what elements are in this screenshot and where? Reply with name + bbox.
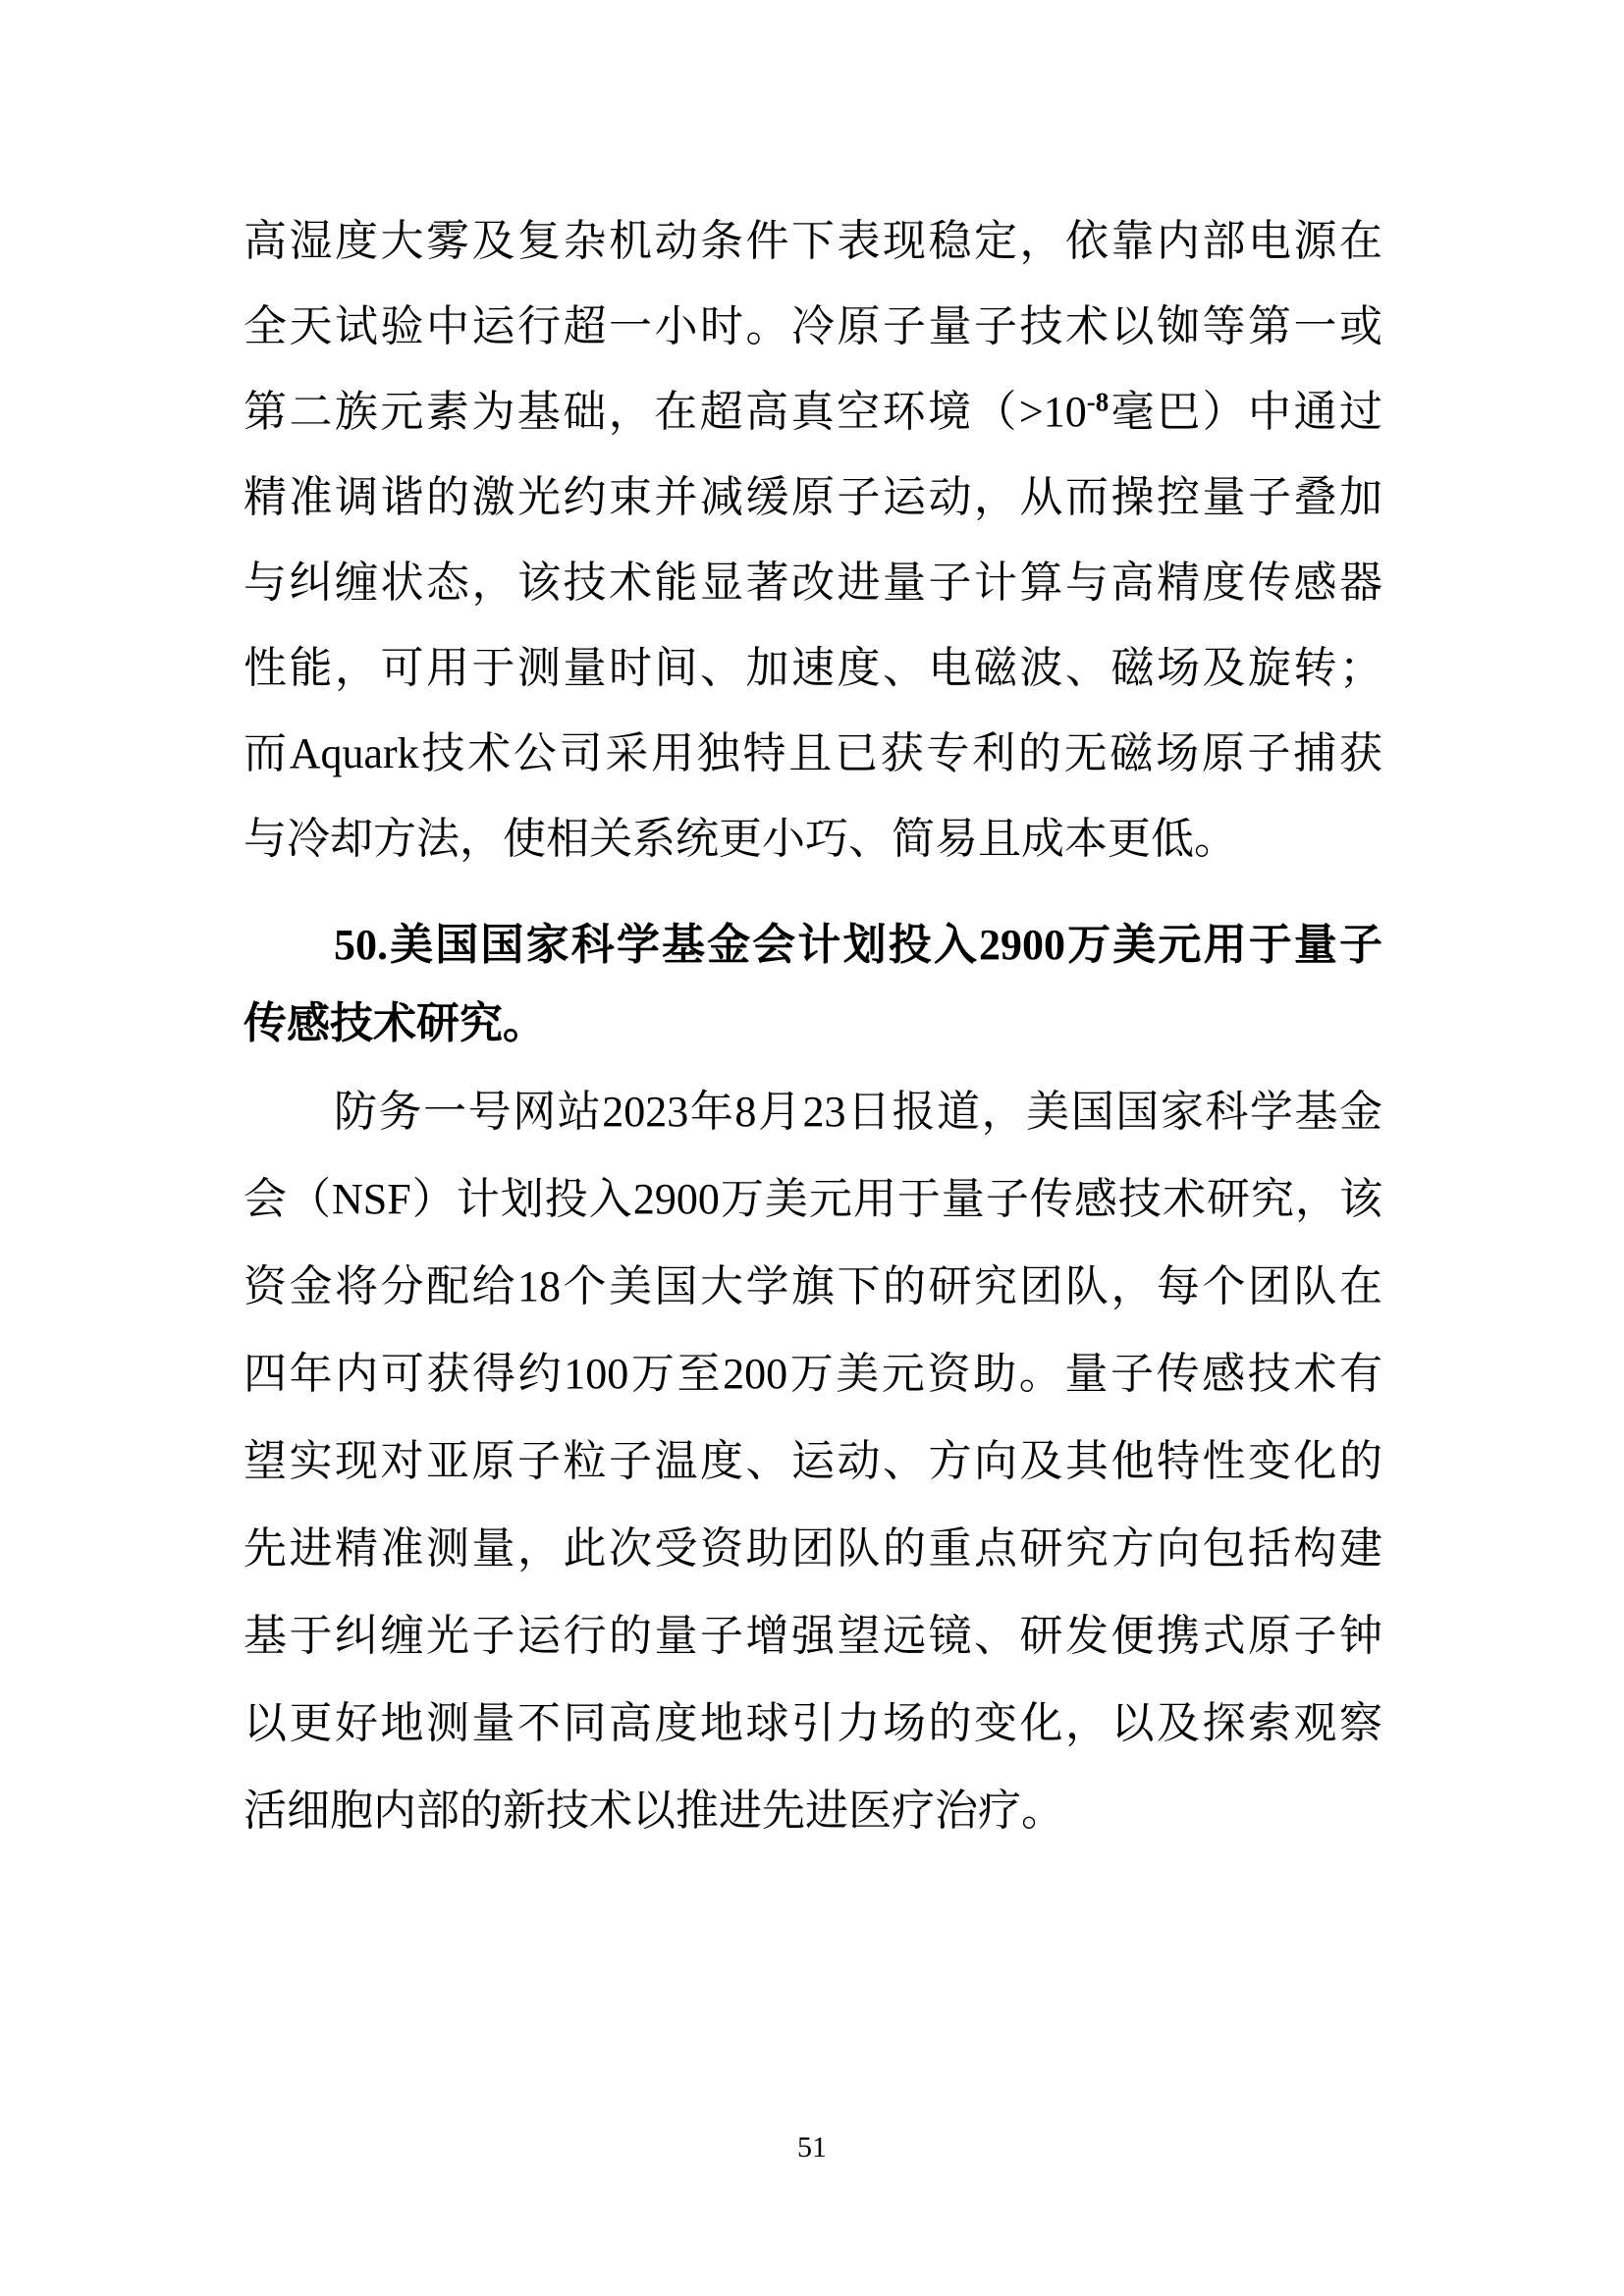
section-heading-50: 50.美国国家科学基金会计划投入2900万美元用于量子 传感技术研究。 bbox=[244, 906, 1382, 1063]
text-line-superscript: 第二族元素为基础，在超高真空环境（>10-8毫巴）中通过 bbox=[244, 369, 1382, 454]
text-line: 会（NSF）计划投入2900万美元用于量子传感技术研究，该 bbox=[244, 1155, 1382, 1243]
heading-line: 50.美国国家科学基金会计划投入2900万美元用于量子 bbox=[244, 906, 1382, 985]
text-line: 四年内可获得约100万至200万美元资助。量子传感技术有 bbox=[244, 1330, 1382, 1417]
paragraph-cold-atom: 高湿度大雾及复杂机动条件下表现稳定，依靠内部电源在 全天试验中运行超一小时。冷原… bbox=[244, 198, 1382, 881]
text-line: 防务一号网站2023年8月23日报道，美国国家科学基金 bbox=[244, 1068, 1382, 1155]
text-line: 资金将分配给18个美国大学旗下的研究团队，每个团队在 bbox=[244, 1243, 1382, 1330]
superscript-exponent: -8 bbox=[1087, 387, 1110, 416]
text-line: 性能，可用于测量时间、加速度、电磁波、磁场及旋转； bbox=[244, 625, 1382, 711]
text-line: 基于纠缠光子运行的量子增强望远镜、研发便携式原子钟 bbox=[244, 1592, 1382, 1680]
text-line: 与纠缠状态，该技术能显著改进量子计算与高精度传感器 bbox=[244, 540, 1382, 625]
text-line: 全天试验中运行超一小时。冷原子量子技术以铷等第一或 bbox=[244, 284, 1382, 369]
text-line: 与冷却方法，使相关系统更小巧、简易且成本更低。 bbox=[244, 796, 1382, 881]
paragraph-nsf-funding: 防务一号网站2023年8月23日报道，美国国家科学基金 会（NSF）计划投入29… bbox=[244, 1068, 1382, 1854]
heading-line: 传感技术研究。 bbox=[244, 985, 1382, 1063]
text-line: 高湿度大雾及复杂机动条件下表现稳定，依靠内部电源在 bbox=[244, 198, 1382, 284]
text-line: 望实现对亚原子粒子温度、运动、方向及其他特性变化的 bbox=[244, 1417, 1382, 1505]
text-line: 精准调谐的激光约束并减缓原子运动，从而操控量子叠加 bbox=[244, 454, 1382, 540]
document-page: 高湿度大雾及复杂机动条件下表现稳定，依靠内部电源在 全天试验中运行超一小时。冷原… bbox=[0, 0, 1624, 2296]
text-line: 以更好地测量不同高度地球引力场的变化，以及探索观察 bbox=[244, 1680, 1382, 1767]
text-line: 先进精准测量，此次受资助团队的重点研究方向包括构建 bbox=[244, 1505, 1382, 1592]
text-line: 而Aquark技术公司采用独特且已获专利的无磁场原子捕获 bbox=[244, 711, 1382, 796]
page-number: 51 bbox=[0, 2128, 1624, 2167]
text-segment: 第二族元素为基础，在超高真空环境（>10 bbox=[244, 388, 1087, 436]
text-line: 活细胞内部的新技术以推进先进医疗治疗。 bbox=[244, 1767, 1382, 1854]
text-segment: 毫巴）中通过 bbox=[1109, 388, 1382, 436]
